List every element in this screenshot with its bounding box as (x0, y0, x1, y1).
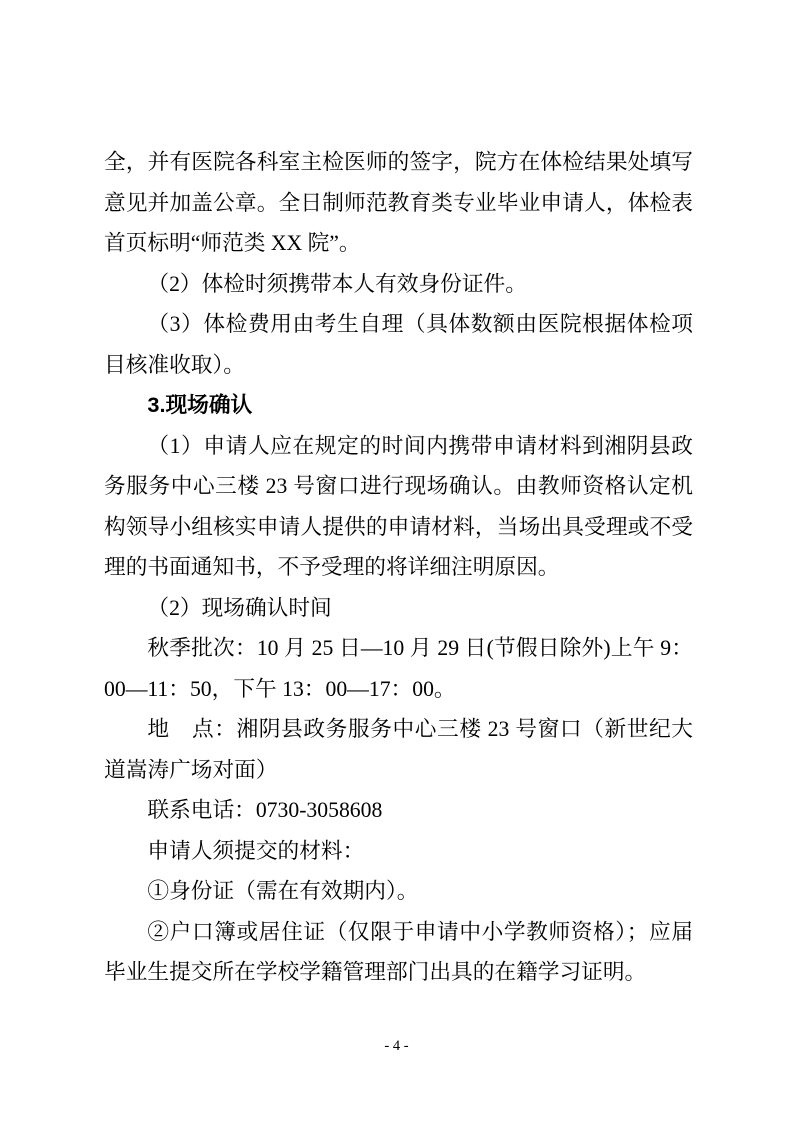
paragraph-autumn-batch-time: 秋季批次：10 月 25 日—10 月 29 日(节假日除外)上午 9：00—1… (104, 628, 693, 709)
paragraph-onsite-item-1: （1）申请人应在规定的时间内携带申请材料到湘阴县政务服务中心三楼 23 号窗口进… (104, 426, 693, 588)
section-heading-onsite-confirmation: 3.现场确认 (104, 385, 693, 426)
paragraph-continuation: 全，并有医院各科室主检医师的签字，院方在体检结果处填写意见并加盖公章。全日制师范… (104, 142, 693, 264)
paragraph-material-residence: ②户口簿或居住证（仅限于申请中小学教师资格）；应届毕业生提交所在学校学籍管理部门… (104, 912, 693, 993)
paragraph-materials-heading: 申请人须提交的材料： (104, 831, 693, 872)
paragraph-item-3: （3）体检费用由考生自理（具体数额由医院根据体检项目核准收取）。 (104, 304, 693, 385)
paragraph-item-2: （2）体检时须携带本人有效身份证件。 (104, 264, 693, 305)
paragraph-contact-phone: 联系电话：0730-3058608 (104, 790, 693, 831)
document-body: 全，并有医院各科室主检医师的签字，院方在体检结果处填写意见并加盖公章。全日制师范… (104, 142, 693, 993)
paragraph-material-id-card: ①身份证（需在有效期内）。 (104, 871, 693, 912)
paragraph-onsite-item-2: （2）现场确认时间 (104, 588, 693, 629)
document-page: 全，并有医院各科室主检医师的签字，院方在体检结果处填写意见并加盖公章。全日制师范… (0, 0, 793, 1122)
paragraph-location: 地 点：湘阴县政务服务中心三楼 23 号窗口（新世纪大道嵩涛广场对面） (104, 709, 693, 790)
page-number: - 4 - (0, 1038, 793, 1055)
